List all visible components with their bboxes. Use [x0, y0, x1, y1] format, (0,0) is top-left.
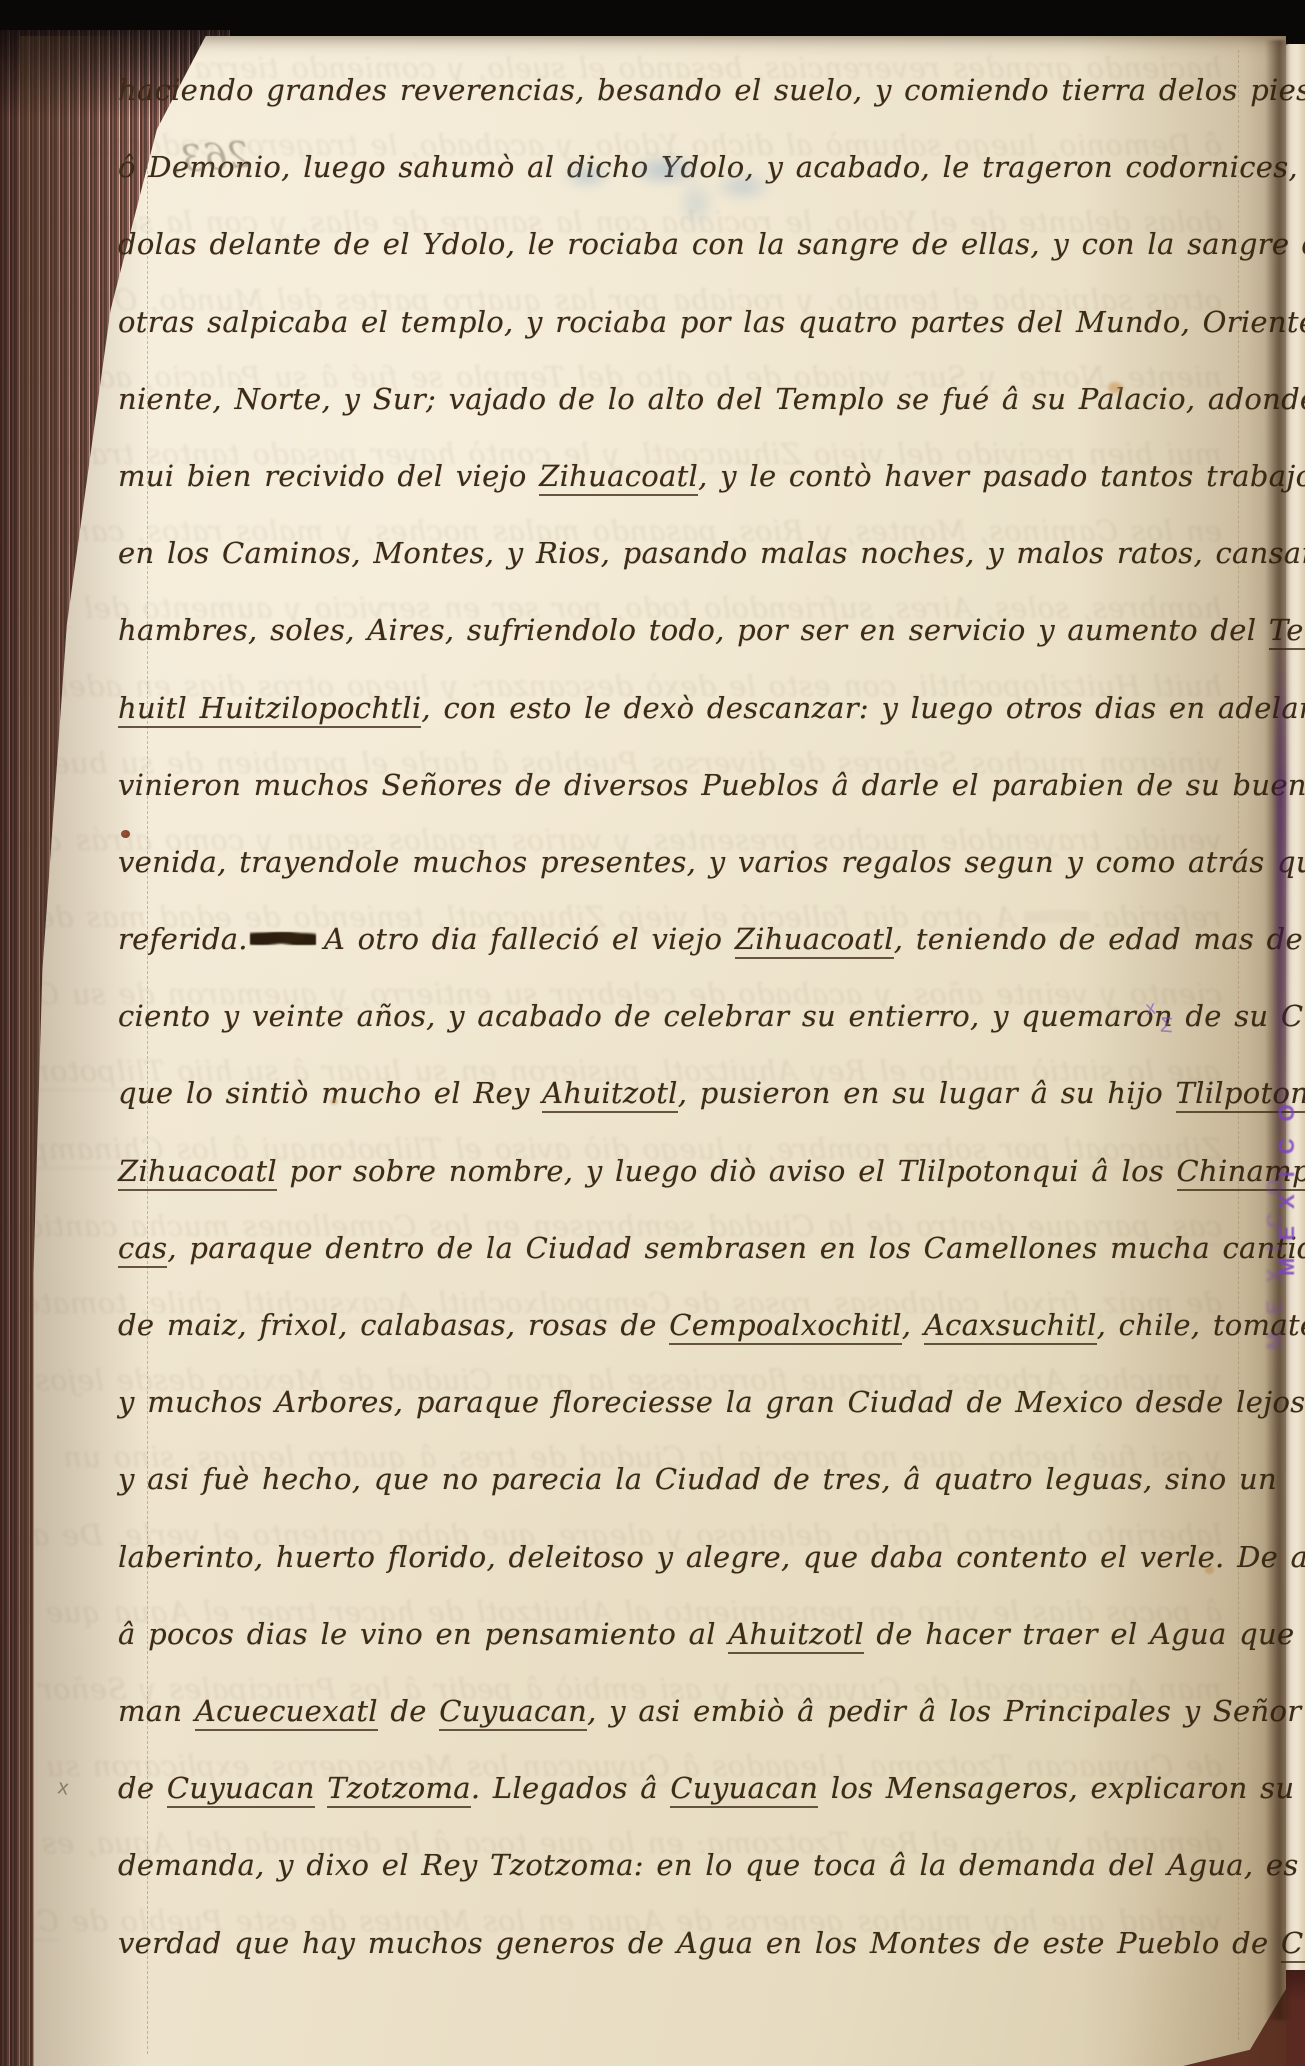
manuscript-line: y asi fuè hecho, que no parecia la Ciuda…: [118, 1441, 1240, 1518]
manuscript-line: vinieron muchos Señores de diversos Pueb…: [118, 747, 1240, 824]
manuscript-line: verdad que hay muchos generos de Agua en…: [118, 1905, 1240, 1982]
manuscript-line: hambres, soles, Aires, sufriendolo todo,…: [118, 592, 1240, 669]
manuscript-line: â pocos dias le vino en pensamiento al A…: [118, 1596, 1240, 1673]
manuscript-line: ciento y veinte años, y acabado de celeb…: [118, 978, 1240, 1055]
manuscript-line: mui bien recivido del viejo Zihuacoatl, …: [118, 438, 1240, 515]
manuscript-line: cas, paraque dentro de la Ciudad sembras…: [118, 1210, 1240, 1287]
manuscript-line: y muchos Arbores, paraque floreciesse la…: [118, 1364, 1240, 1441]
folio-number-showthrough: 263.: [169, 135, 252, 181]
manuscript-line: demanda, y dixo el Rey Tzotzoma: en lo q…: [118, 1827, 1240, 1904]
purple-margin-mark-sigma: Σ: [1159, 1014, 1174, 1039]
manuscript-line: niente, Norte, y Sur; vajado de lo alto …: [118, 361, 1240, 438]
manuscript-line: que lo sintiò mucho el Rey Ahuitzotl, pu…: [118, 1055, 1240, 1132]
manuscript-line: haciendo grandes reverencias, besando el…: [118, 52, 1240, 129]
manuscript-line: man Acuecuexatl de Cuyuacan, y asi embiò…: [118, 1673, 1240, 1750]
manuscript-line: referida.A otro dia falleció el viejo Zi…: [118, 901, 1240, 978]
manuscript-line: venida, trayendole muchos presentes, y v…: [118, 824, 1240, 901]
book-photograph: haciendo grandes reverencias, besando el…: [0, 0, 1305, 2066]
manuscript-line: otras salpicaba el templo, y rociaba por…: [118, 284, 1240, 361]
foxing-spot: [330, 1098, 338, 1105]
manuscript-line: huitl Huitzilopochtli, con esto le dexò …: [118, 670, 1240, 747]
foxing-spot: [1108, 382, 1122, 393]
foxing-spot: [1205, 1566, 1214, 1574]
manuscript-line: en los Caminos, Montes, y Rios, pasando …: [118, 515, 1240, 592]
manuscript-line: laberinto, huerto florido, deleitoso y a…: [118, 1519, 1240, 1596]
manuscript-line: de maiz, frixol, calabasas, rosas de Cem…: [118, 1287, 1240, 1364]
manuscript-lines: haciendo grandes reverencias, besando el…: [118, 52, 1240, 1982]
ink-spot: [121, 830, 130, 838]
blue-stamp-smudge: [540, 126, 800, 236]
manuscript-line: Zihuacoatl por sobre nombre, y luego diò…: [118, 1133, 1240, 1210]
manuscript-line: de Cuyuacan Tzotzoma. Llegados â Cuyuaca…: [118, 1750, 1240, 1827]
edge-stamp-text-faint: MEXICO: [1262, 900, 1288, 1350]
